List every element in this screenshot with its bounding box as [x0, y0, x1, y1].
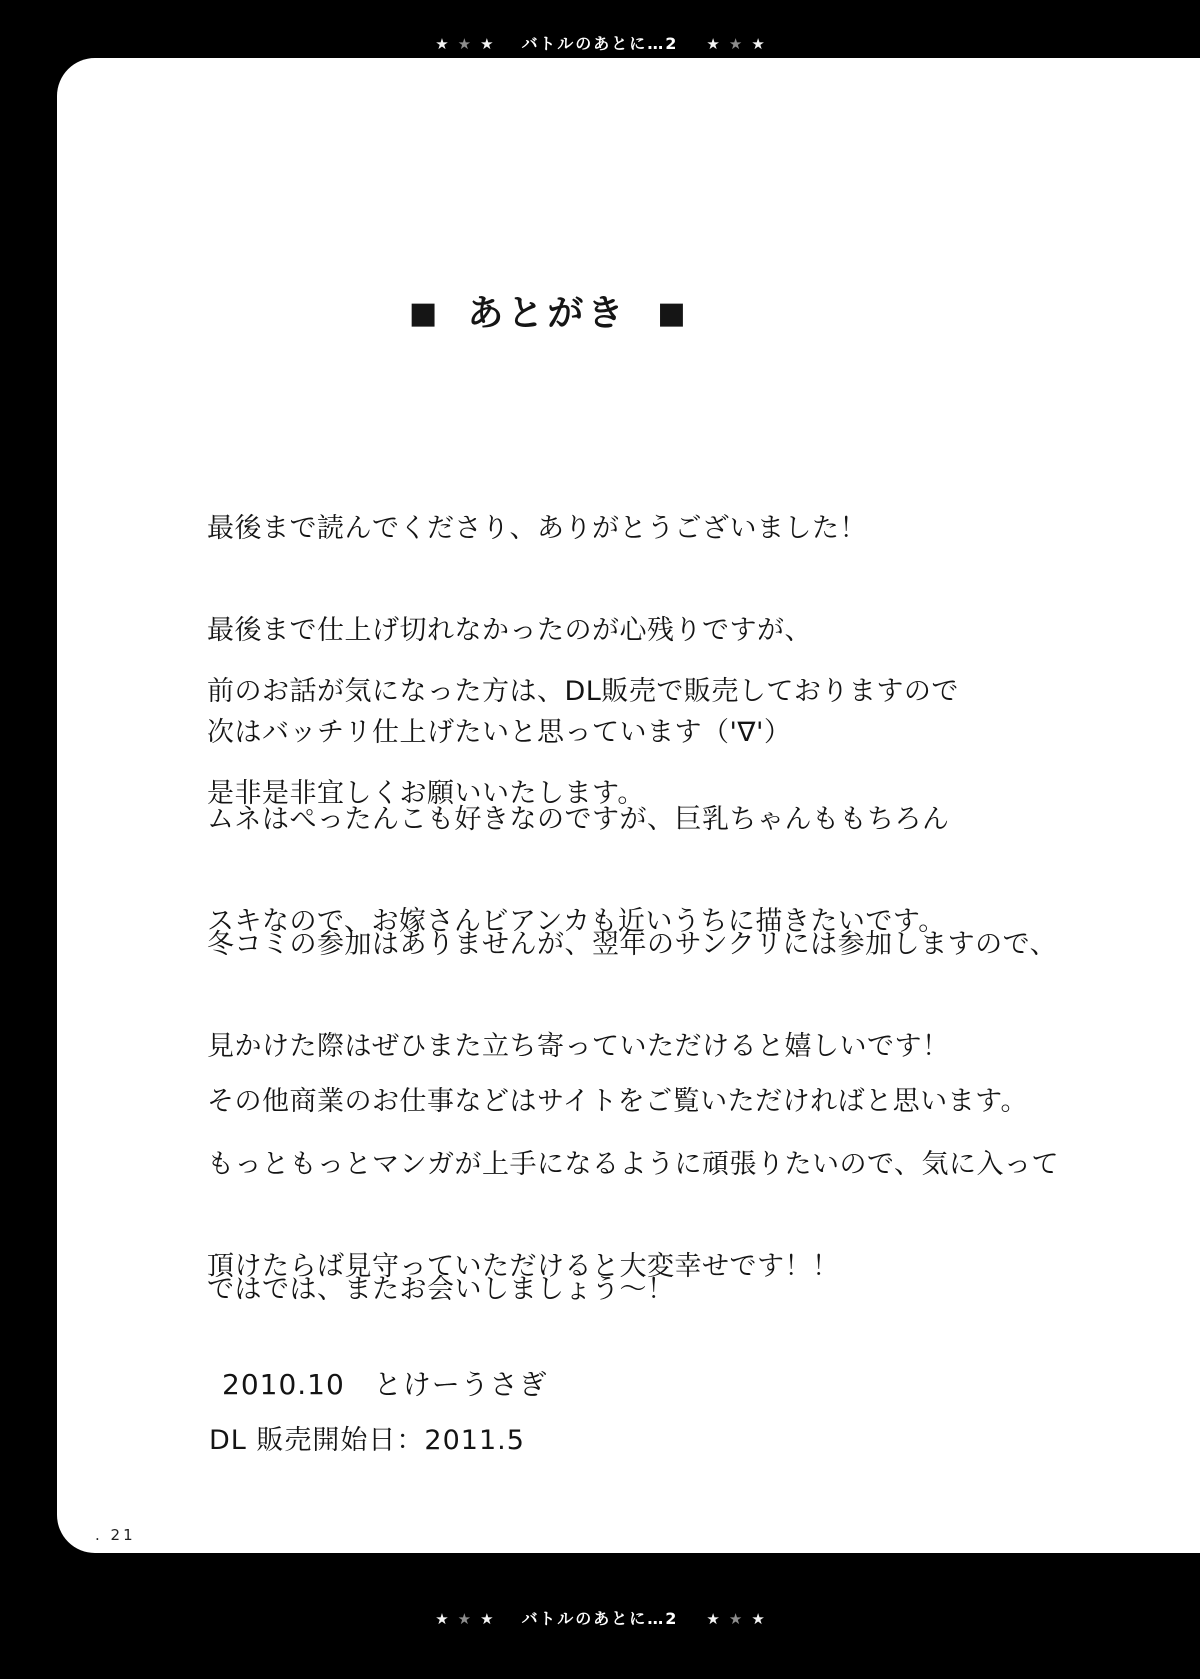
top-banner-row: ★ ★ ★ バトルのあとに…2 ★ ★ ★ — [435, 36, 765, 52]
star-icon: ★ — [458, 37, 471, 52]
bottom-banner: ★ ★ ★ バトルのあとに…2 ★ ★ ★ — [0, 1553, 1200, 1679]
star-icon: ★ — [480, 37, 493, 52]
paragraph-line: ムネはぺったんこも好きなのですが、巨乳ちゃんももちろん — [207, 803, 950, 837]
paragraph-line: ではでは、またお会いしましょう〜！ — [207, 1273, 675, 1307]
afterword-heading-text: あとがき — [467, 296, 627, 332]
star-icon: ★ — [480, 1612, 493, 1627]
filled-square-icon: ■ — [409, 299, 437, 329]
scanned-afterword-page: { "banner": { "title": "バトルのあとに…2", "sta… — [0, 0, 1200, 1679]
credit-date-author: 2010.10 とけーうさぎ — [222, 1363, 548, 1403]
top-right-star-group: ★ ★ ★ — [706, 37, 764, 52]
paragraph-line: 最後まで読んでくださり、ありがとうございました！ — [207, 512, 867, 546]
star-icon: ★ — [435, 37, 448, 52]
afterword-heading: ■ あとがき ■ — [409, 296, 686, 332]
star-icon: ★ — [751, 37, 764, 52]
top-banner: ★ ★ ★ バトルのあとに…2 ★ ★ ★ — [0, 0, 1200, 58]
paragraph-farewell: ではでは、またお会いしましょう〜！ — [207, 1205, 675, 1375]
bottom-banner-row: ★ ★ ★ バトルのあとに…2 ★ ★ ★ — [435, 1611, 765, 1627]
star-icon: ★ — [458, 1612, 471, 1627]
credit-dl-release: DL 販売開始日：2011.5 — [209, 1418, 525, 1457]
filled-square-icon: ■ — [657, 299, 685, 329]
page-body: ■ あとがき ■ 最後まで読んでくださり、ありがとうございました！ 最後まで仕上… — [57, 58, 1200, 1553]
star-icon: ★ — [706, 37, 719, 52]
bottom-right-star-group: ★ ★ ★ — [706, 1612, 764, 1627]
paragraph-line: もっともっとマンガが上手になるように頑張りたいので、気に入って — [207, 1148, 1059, 1182]
star-icon: ★ — [751, 1612, 764, 1627]
star-icon: ★ — [706, 1612, 719, 1627]
star-icon: ★ — [729, 1612, 742, 1627]
page-number: . 21 — [95, 1526, 136, 1544]
star-icon: ★ — [729, 37, 742, 52]
bottom-left-star-group: ★ ★ ★ — [435, 1612, 493, 1627]
top-banner-title: バトルのあとに…2 — [522, 36, 679, 52]
star-icon: ★ — [435, 1612, 448, 1627]
top-left-star-group: ★ ★ ★ — [435, 37, 493, 52]
paragraph-line: 前のお話が気になった方は、DL販売で販売しておりますので — [207, 675, 959, 709]
paragraph-line: 冬コミの参加はありませんが、翌年のサンクリには参加しますので、 — [207, 928, 1057, 962]
bottom-banner-title: バトルのあとに…2 — [522, 1611, 679, 1627]
